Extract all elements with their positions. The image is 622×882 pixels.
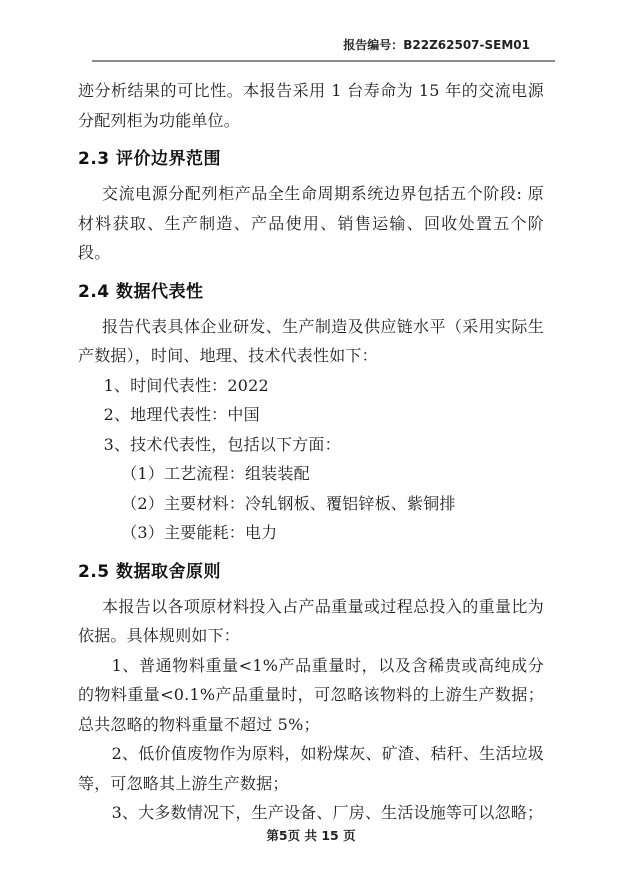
rule-item-2: 2、低价值废物作为原料，如粉煤灰、矿渣、秸秆、生活垃圾等，可忽略其上游生产数据； — [78, 739, 544, 798]
page-footer: 第5页 共 15 页 — [0, 826, 622, 844]
section-2-4-paragraph: 报告代表具体企业研发、生产制造及供应链水平（采用实际生产数据），时间、地理、技术… — [78, 312, 544, 371]
list-item-time-representativeness: 1、时间代表性：2022 — [78, 371, 544, 401]
list-item-geographic-representativeness: 2、地理代表性：中国 — [78, 400, 544, 430]
section-heading-2-3: 2.3 评价边界范围 — [78, 148, 544, 170]
report-number: 报告编号：B22Z62507-SEM01 — [0, 38, 622, 52]
page-header: 报告编号：B22Z62507-SEM01 — [0, 38, 622, 62]
section-2-3-paragraph: 交流电源分配列柜产品全生命周期系统边界包括五个阶段: 原材料获取、生产制造、产品… — [78, 179, 544, 268]
section-heading-2-5: 2.5 数据取舍原则 — [78, 561, 544, 583]
document-body: 迹分析结果的可比性。本报告采用 1 台寿命为 15 年的交流电源分配列柜为功能单… — [78, 76, 544, 828]
section-2-5-paragraph: 本报告以各项原材料投入占产品重量或过程总投入的重量比为依据。具体规则如下： — [78, 592, 544, 651]
sub-list-item-materials: （2）主要材料：冷轧钢板、覆铝锌板、紫铜排 — [78, 489, 544, 519]
rule-item-1: 1、普通物料重量<1%产品重量时，以及含稀贵或高纯成分的物料重量<0.1%产品重… — [78, 651, 544, 740]
document-page: 报告编号：B22Z62507-SEM01 迹分析结果的可比性。本报告采用 1 台… — [0, 0, 622, 882]
header-rule — [92, 60, 555, 62]
continuation-paragraph: 迹分析结果的可比性。本报告采用 1 台寿命为 15 年的交流电源分配列柜为功能单… — [78, 76, 544, 135]
rule-item-3: 3、大多数情况下，生产设备、厂房、生活设施等可以忽略； — [78, 798, 544, 828]
section-heading-2-4: 2.4 数据代表性 — [78, 281, 544, 303]
sub-list-item-energy: （3）主要能耗：电力 — [78, 518, 544, 548]
sub-list-item-process: （1）工艺流程：组装装配 — [78, 459, 544, 489]
list-item-technical-representativeness: 3、技术代表性，包括以下方面： — [78, 430, 544, 460]
page-indicator: 第5页 共 15 页 — [266, 828, 355, 843]
